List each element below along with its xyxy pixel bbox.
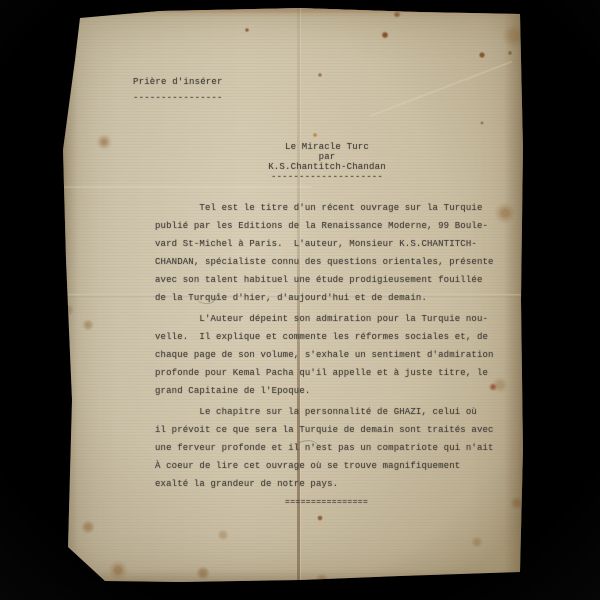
body-line: de la Turquie d'hier, d'aujourd'hui et d…	[155, 289, 494, 307]
body-line: exalté la grandeur de notre pays.	[155, 475, 494, 493]
author-name: K.S.Chantitch-Chandan	[242, 162, 412, 172]
paragraph-1: Tel est le titre d'un récent ouvrage sur…	[155, 199, 494, 307]
body-line: il prévoit ce que sera la Turquie de dem…	[155, 421, 494, 439]
title-block: Le Miracle Turc par K.S.Chantitch-Chanda…	[242, 142, 412, 182]
body-line: chaque page de son volume, s'exhale un s…	[155, 346, 494, 364]
paragraph-2: L'Auteur dépeint son admiration pour la …	[155, 310, 494, 400]
body-line: profonde pour Kemal Pacha qu'il appelle …	[155, 364, 494, 382]
header-underline: ----------------	[133, 92, 223, 105]
paragraph-3: Le chapitre sur la personnalité de GHAZI…	[155, 403, 494, 493]
body-line: Le chapitre sur la personnalité de GHAZI…	[155, 403, 494, 421]
body-line: Tel est le titre d'un récent ouvrage sur…	[155, 199, 494, 217]
body-line: avec son talent habituel une étude prodi…	[155, 271, 494, 289]
body-line: une ferveur profonde et il n'est pas un …	[155, 439, 494, 457]
document-header: Prière d'insérer ----------------	[133, 76, 223, 105]
closing-mark: ================	[285, 498, 368, 507]
body-line: À coeur de lire cet ouvrage où se trouve…	[155, 457, 494, 475]
title-underline: --------------------	[242, 172, 412, 182]
faint-horizontal-crease	[62, 186, 312, 188]
photo-backdrop: Prière d'insérer ---------------- Le Mir…	[0, 0, 600, 600]
body-line: grand Capitaine de l'Epoque.	[155, 382, 494, 400]
diagonal-crease	[370, 61, 513, 117]
body-line: velle. Il explique et commente les réfor…	[155, 328, 494, 346]
body-line: L'Auteur dépeint son admiration pour la …	[155, 310, 494, 328]
document-body: Tel est le titre d'un récent ouvrage sur…	[155, 199, 494, 493]
body-line: vard St-Michel à Paris. L'auteur, Monsie…	[155, 235, 494, 253]
byline: par	[242, 152, 412, 162]
header-label: Prière d'insérer	[133, 76, 223, 89]
document-page: Prière d'insérer ---------------- Le Mir…	[62, 8, 524, 586]
book-title: Le Miracle Turc	[242, 142, 412, 152]
body-line: CHANDAN, spécialiste connu des questions…	[155, 253, 494, 271]
body-line: publié par les Editions de la Renaissanc…	[155, 217, 494, 235]
